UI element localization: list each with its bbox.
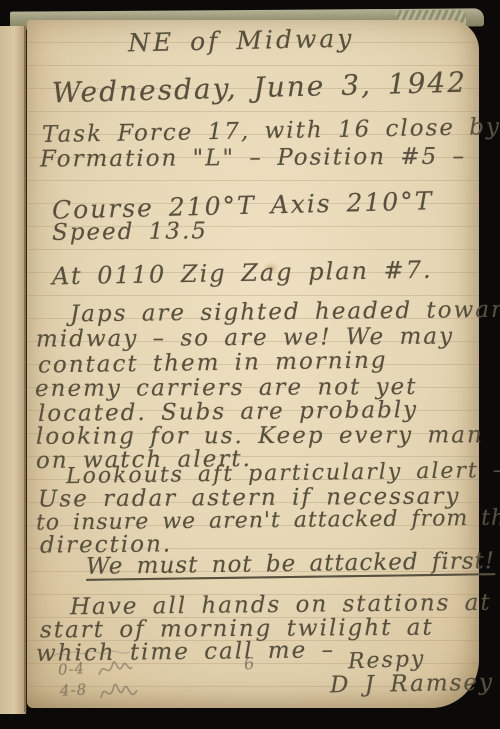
facing-page-edge: [0, 26, 26, 714]
journal-photo: NE of Midway Wednesday, June 3, 1942 Tas…: [0, 0, 500, 729]
speed-line: Speed 13.5: [52, 220, 208, 245]
stray-mark: 6: [243, 655, 257, 673]
zigzag-line: At 0110 Zig Zag plan #7.: [52, 258, 433, 289]
sighting-line-1: Japs are sighted headed toward: [70, 299, 500, 327]
sighting-line-6: looking for us. Keep every man: [36, 424, 484, 449]
signature-respy: Respy: [348, 649, 426, 674]
watch-initials-scribble-2: [98, 676, 140, 708]
sighting-line-3: contact them in morning: [38, 350, 388, 378]
faint-pencil-notes: [52, 648, 132, 660]
location-heading: NE of Midway: [128, 26, 355, 56]
formation-line: Formation "L" – Position #5 –: [40, 146, 466, 172]
emphasis-line: We must not be attacked first!: [86, 550, 495, 579]
lookouts-line-3: to insure we aren't attacked from that: [36, 507, 500, 534]
signature-name: D J Ramsey: [330, 672, 494, 698]
sighting-line-2: midway – so are we! We may: [36, 326, 454, 352]
watch-ack-0-4: 0-4: [58, 661, 86, 678]
watch-ack-4-8: 4-8: [60, 682, 88, 698]
